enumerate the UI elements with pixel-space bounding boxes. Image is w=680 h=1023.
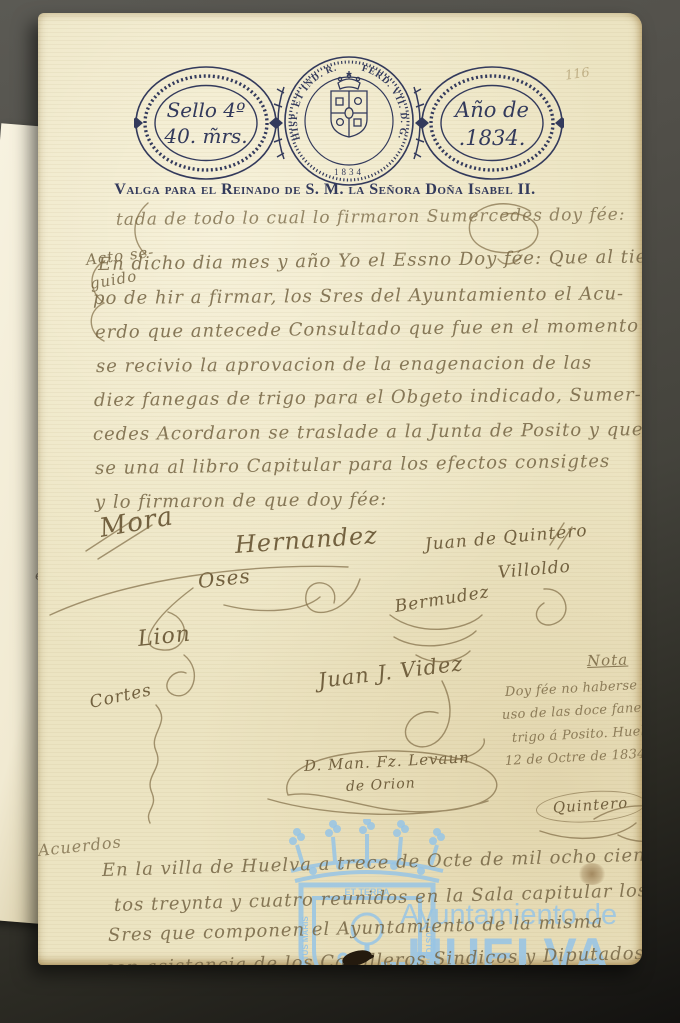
- handwritten-line: po de hir a firmar, los Sres del Ayuntam…: [93, 283, 624, 309]
- validity-line: Valga para el Reinado de S. M. la Señora…: [38, 181, 612, 199]
- handwritten-line: En dicho dia mes y año Yo el Essno Doy f…: [98, 246, 642, 275]
- royal-seal: HISP. ET IND. R. FERD. VII. D. G. 1834: [285, 57, 413, 185]
- nota-title: Nota: [587, 651, 629, 670]
- signature: Juan J. Videz: [317, 651, 465, 693]
- manuscript-page: Sello 4º 40. m̃rs. HISP. ET IND. R. FERD…: [38, 13, 642, 965]
- handwritten-line: diez fanegas de trigo para el Obgeto ind…: [94, 384, 642, 411]
- signature: Hernandez: [234, 521, 379, 559]
- right-oval-seal: [415, 67, 564, 179]
- nota-line: 12 de Octre de 1834.: [505, 746, 642, 769]
- signature: Quintero: [535, 787, 642, 826]
- signature: Cortes: [88, 680, 154, 713]
- signature: de Orion: [346, 775, 417, 795]
- stamp-class-label: Sello 4º: [167, 98, 246, 122]
- signature: D. Man. Fz. Levaun: [304, 748, 471, 775]
- crown-icon: [338, 71, 360, 89]
- folio-number: 116: [564, 65, 591, 83]
- handwritten-line: se una al libro Capitular para los efect…: [95, 451, 610, 479]
- coat-of-arms-shield: [331, 91, 367, 137]
- signature: Oses: [197, 564, 252, 593]
- margin-note: Acuerdos: [38, 832, 123, 860]
- stamp-year-value: .1834.: [459, 126, 526, 150]
- handwritten-line: se recivio la aprovacion de la enagenaci…: [96, 353, 592, 377]
- signature: Lion: [137, 622, 192, 652]
- signature: Juan de Quintero: [424, 521, 588, 555]
- stamp-price-label: 40. m̃rs.: [163, 124, 247, 148]
- signature: Villoldo: [497, 557, 572, 583]
- document-scan: { "stamp_header": { "ink_color": "#333a5…: [0, 0, 680, 1023]
- signature: Bermudez: [393, 582, 491, 617]
- handwritten-line: erdo que antecede Consultado que fue en …: [95, 315, 639, 343]
- stamp-year-label: Año de: [453, 98, 529, 122]
- seal-year: 1834: [334, 167, 364, 177]
- revenue-stamp-header: Sello 4º 40. m̃rs. HISP. ET IND. R. FERD…: [134, 53, 564, 193]
- handwritten-line: cedes Acordaron se traslade a la Junta d…: [93, 419, 642, 445]
- handwritten-line: tada de todo lo cual lo firmaron Sumerce…: [116, 205, 626, 230]
- nota-line: Doy fée no haberse hecho: [505, 676, 642, 700]
- nota-line: uso de las doce fanegas de: [502, 698, 642, 723]
- nota-line: trigo á Posito. Huelva: [512, 723, 642, 746]
- ink-stain: [578, 863, 606, 885]
- left-oval-seal: [134, 67, 283, 179]
